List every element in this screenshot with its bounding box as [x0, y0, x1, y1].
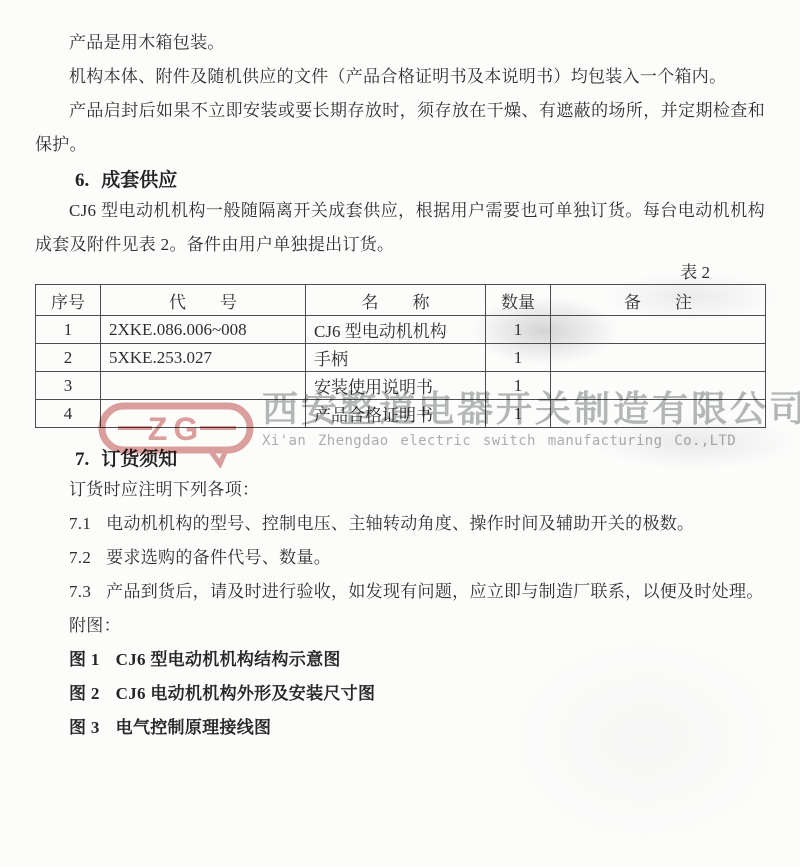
cell-code — [101, 400, 306, 428]
ordering-item: 7.3产品到货后，请及时进行验收，如发现有问题，应立即与制造厂联系，以便及时处理… — [35, 575, 765, 609]
cell-serial: 1 — [36, 316, 101, 344]
ordering-item-text: 产品到货后，请及时进行验收，如发现有问题，应立即与制造厂联系，以便及时处理。 — [106, 582, 763, 601]
table-row: 2 5XKE.253.027 手柄 1 — [36, 344, 766, 372]
figures-label: 附图： — [35, 609, 765, 643]
cell-remarks — [551, 316, 766, 344]
figure-item: 图 3电气控制原理接线图 — [35, 711, 765, 745]
cell-serial: 3 — [36, 372, 101, 400]
paragraph-storage: 产品启封后如果不立即安装或要长期存放时，须存放在干燥、有遮蔽的场所，并定期检查和… — [35, 94, 765, 162]
section-6-number: 6. — [75, 170, 89, 191]
figure-title: CJ6 型电动机机构结构示意图 — [116, 650, 341, 669]
cell-remarks — [551, 400, 766, 428]
cell-quantity: 1 — [486, 400, 551, 428]
cell-name: 手柄 — [306, 344, 486, 372]
ordering-item-number: 7.3 — [69, 582, 91, 601]
section-7-title: 订货须知 — [101, 449, 177, 470]
header-remarks: 备 注 — [551, 285, 766, 316]
figure-number: 图 2 — [69, 684, 100, 703]
ordering-item-number: 7.2 — [69, 548, 91, 567]
cell-remarks — [551, 344, 766, 372]
header-code: 代 号 — [101, 285, 306, 316]
section-7-number: 7. — [75, 449, 89, 470]
section-6-heading: 6.成套供应 — [35, 167, 765, 194]
cell-serial: 2 — [36, 344, 101, 372]
section-6-intro: CJ6 型电动机机构一般随隔离开关成套供应，根据用户需要也可单独订货。每台电动机… — [35, 194, 765, 262]
figure-item: 图 2CJ6 电动机机构外形及安装尺寸图 — [35, 677, 765, 711]
cell-quantity: 1 — [486, 372, 551, 400]
cell-code: 5XKE.253.027 — [101, 344, 306, 372]
section-6-title: 成套供应 — [101, 170, 177, 191]
cell-quantity: 1 — [486, 344, 551, 372]
cell-quantity: 1 — [486, 316, 551, 344]
cell-code — [101, 372, 306, 400]
cell-name: 产品合格证明书 — [306, 400, 486, 428]
cell-serial: 4 — [36, 400, 101, 428]
cell-remarks — [551, 372, 766, 400]
ordering-item: 7.1电动机机构的型号、控制电压、主轴转动角度、操作时间及辅助开关的极数。 — [35, 507, 765, 541]
table-header-row: 序号 代 号 名 称 数量 备 注 — [36, 285, 766, 316]
paragraph-packing: 产品是用木箱包装。 — [35, 26, 765, 60]
header-serial-number: 序号 — [36, 285, 101, 316]
section-7-heading: 7.订货须知 — [35, 446, 765, 473]
supply-table: 序号 代 号 名 称 数量 备 注 1 2XKE.086.006~008 CJ6… — [35, 284, 766, 428]
table-2-label: 表 2 — [35, 262, 765, 284]
paragraph-contents: 机构本体、附件及随机供应的文件（产品合格证明书及本说明书）均包装入一个箱内。 — [35, 60, 765, 94]
figure-number: 图 3 — [69, 718, 100, 737]
figure-number: 图 1 — [69, 650, 100, 669]
ordering-item: 7.2要求选购的备件代号、数量。 — [35, 541, 765, 575]
cell-code: 2XKE.086.006~008 — [101, 316, 306, 344]
page-content: 产品是用木箱包装。 机构本体、附件及随机供应的文件（产品合格证明书及本说明书）均… — [0, 0, 800, 745]
ordering-intro: 订货时应注明下列各项： — [35, 473, 765, 507]
ordering-item-number: 7.1 — [69, 514, 91, 533]
figure-item: 图 1CJ6 型电动机机构结构示意图 — [35, 643, 765, 677]
figure-title: CJ6 电动机机构外形及安装尺寸图 — [116, 684, 376, 703]
ordering-item-text: 电动机机构的型号、控制电压、主轴转动角度、操作时间及辅助开关的极数。 — [106, 514, 694, 533]
ordering-item-text: 要求选购的备件代号、数量。 — [106, 548, 331, 567]
table-row: 4 产品合格证明书 1 — [36, 400, 766, 428]
table-row: 1 2XKE.086.006~008 CJ6 型电动机机构 1 — [36, 316, 766, 344]
cell-name: CJ6 型电动机机构 — [306, 316, 486, 344]
table-row: 3 安装使用说明书 1 — [36, 372, 766, 400]
cell-name: 安装使用说明书 — [306, 372, 486, 400]
header-name: 名 称 — [306, 285, 486, 316]
header-quantity: 数量 — [486, 285, 551, 316]
scanned-manual-page: 产品是用木箱包装。 机构本体、附件及随机供应的文件（产品合格证明书及本说明书）均… — [0, 0, 800, 867]
figure-title: 电气控制原理接线图 — [116, 718, 272, 737]
